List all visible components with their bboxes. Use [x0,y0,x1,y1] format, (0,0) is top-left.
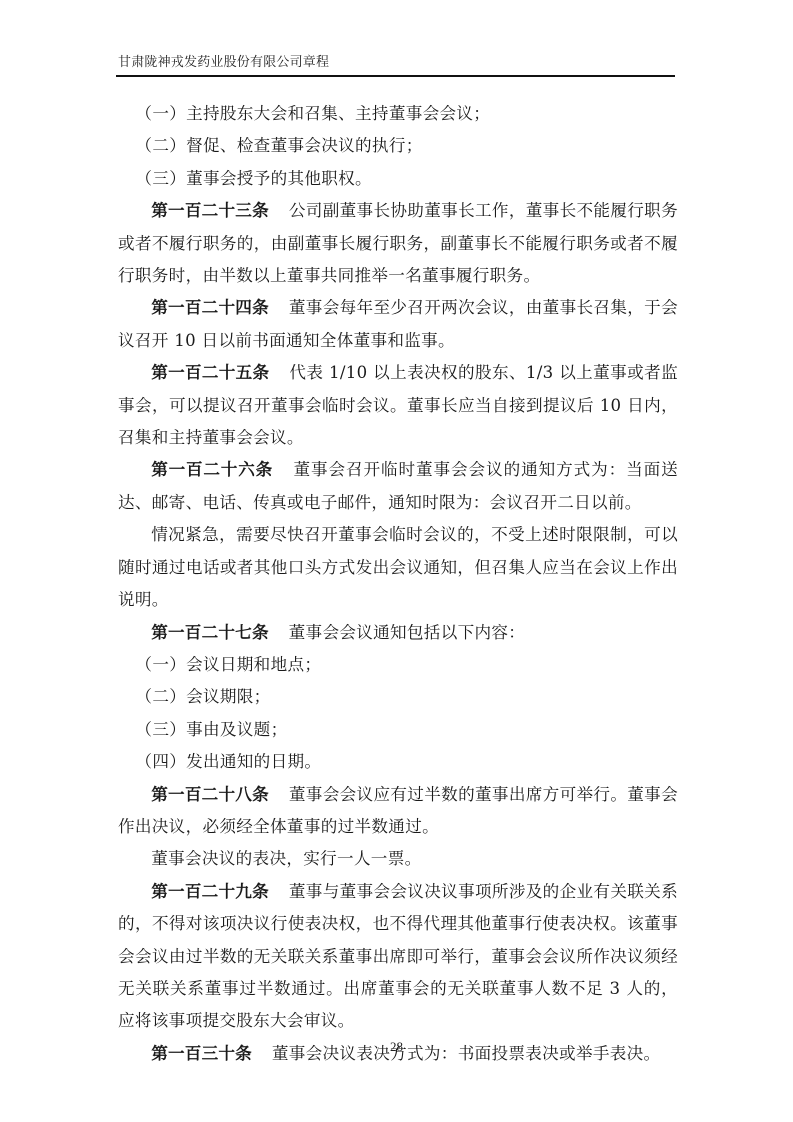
item-text: （二）会议期限； [135,687,270,706]
paragraph-text: 情况紧急，需要尽快召开董事会临时会议的，不受上述时限限制，可以随时通过电话或者其… [118,525,678,609]
paragraph-text: 董事会决议的表决，实行一人一票。 [151,849,421,868]
article-number: 第一百二十五条 [151,363,269,382]
page-number: 28 [0,1039,793,1055]
plain-paragraph: 董事会决议的表决，实行一人一票。 [118,843,678,875]
article-text: 董事会会议通知包括以下内容： [289,623,526,642]
item-text: （一）主持股东大会和召集、主持董事会会议； [135,104,490,123]
item-text: （三）董事会授予的其他职权。 [135,169,372,188]
article-paragraph: 第一百二十六条董事会召开临时董事会会议的通知方式为：当面送达、邮寄、电话、传真或… [118,454,678,519]
item-text: （四）发出通知的日期。 [135,752,321,771]
item-text: （一）会议日期和地点； [135,655,321,674]
article-number: 第一百二十八条 [151,785,269,804]
article-number: 第一百二十四条 [151,298,269,317]
item-text: （二）督促、检查董事会决议的执行； [135,136,422,155]
article-paragraph: 第一百二十五条代表 1/10 以上表决权的股东、1/3 以上董事或者监事会，可以… [118,357,678,454]
item-text: （三）事由及议题； [135,720,287,739]
plain-paragraph: 情况紧急，需要尽快召开董事会临时会议的，不受上述时限限制，可以随时通过电话或者其… [118,519,678,616]
article-paragraph: 第一百二十八条董事会会议应有过半数的董事出席方可举行。董事会作出决议，必须经全体… [118,779,678,844]
article-paragraph: 第一百二十三条公司副董事长协助董事长工作，董事长不能履行职务或者不履行职务的，由… [118,195,678,292]
article-number: 第一百二十三条 [151,201,269,220]
article-number: 第一百二十七条 [151,623,269,642]
article-text: 董事与董事会会议决议事项所涉及的企业有关联关系的，不得对该项决议行使表决权，也不… [118,882,678,1031]
article-paragraph: 第一百二十七条董事会会议通知包括以下内容： [118,617,678,649]
article-paragraph: 第一百二十九条董事与董事会会议决议事项所涉及的企业有关联关系的，不得对该项决议行… [118,876,678,1038]
document-title: 甘肃陇神戎发药业股份有限公司章程 [118,55,329,71]
list-item: （三）董事会授予的其他职权。 [118,163,678,195]
document-body: （一）主持股东大会和召集、主持董事会会议； （二）督促、检查董事会决议的执行； … [118,98,678,1070]
article-paragraph: 第一百二十四条董事会每年至少召开两次会议，由董事长召集，于会议召开 10 日以前… [118,292,678,357]
article-number: 第一百二十六条 [151,460,273,479]
list-item: （二）会议期限； [118,681,678,713]
list-item: （一）主持股东大会和召集、主持董事会会议； [118,98,678,130]
list-item: （二）督促、检查董事会决议的执行； [118,130,678,162]
article-number: 第一百二十九条 [151,882,269,901]
list-item: （四）发出通知的日期。 [118,746,678,778]
page-header: 甘肃陇神戎发药业股份有限公司章程 [116,55,675,77]
list-item: （一）会议日期和地点； [118,649,678,681]
list-item: （三）事由及议题； [118,714,678,746]
